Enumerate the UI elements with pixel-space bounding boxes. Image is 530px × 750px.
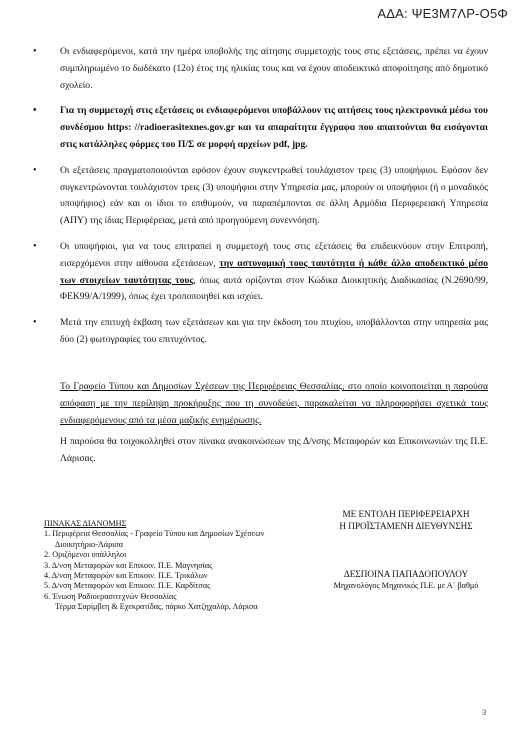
distribution-item: 2. Οριζόμενοι υπάλληλοι: [44, 550, 264, 560]
distribution-item: 6. Ένωση Ραδιοερασιτεχνών Θεσσαλίας: [44, 592, 264, 602]
distribution-title: ΠΙΝΑΚΑΣ ΔΙΑΝΟΜΗΣ: [44, 519, 264, 529]
requirements-list: Οι ενδιαφερόμενοι, κατά την ημέρα υποβολ…: [33, 44, 488, 358]
press-office-paragraph: Το Γραφείο Τύπου και Δημοσίων Σχέσεων τη…: [60, 379, 488, 429]
distribution-item: 4. Δ/νση Μεταφορών και Επικοιν. Π.Ε. Τρι…: [44, 571, 264, 581]
list-item: Οι ενδιαφερόμενοι, κατά την ημέρα υποβολ…: [33, 44, 488, 94]
signatory: ΔΕΣΠΟΙΝΑ ΠΑΠΑΔΟΠΟΥΛΟΥ Μηχανολόγος Μηχανι…: [316, 568, 496, 592]
distribution-item-address: Τέρμα Σαρίμβεη & Εχεκρατίδας, πάρκο Χατζ…: [44, 602, 264, 612]
signature-authority: ΜΕ ΕΝΤΟΛΗ ΠΕΡΙΦΕΡΕΙΑΡΧΗ Η ΠΡΟΪΣΤΑΜΕΝΗ ΔΙ…: [316, 508, 496, 532]
list-item: Μετά την επιτυχή έκβαση των εξετάσεων κα…: [33, 315, 488, 349]
list-item: Για τη συμμετοχή στις εξετάσεις οι ενδια…: [33, 103, 488, 153]
list-item: Οι εξετάσεις πραγματοποιούνται εφόσον έχ…: [33, 163, 488, 230]
page-number: 3: [482, 707, 486, 717]
distribution-item: 1. Περιφέρεια Θεσσαλίας - Γραφείο Τύπου …: [44, 529, 264, 539]
signature-line: Η ΠΡΟΪΣΤΑΜΕΝΗ ΔΙΕΥΘΥΝΣΗΣ: [316, 520, 496, 532]
ada-code: ΑΔΑ: ΨΕ3Μ7ΛΡ-Ο5Φ: [377, 6, 508, 21]
signatory-role: Μηχανολόγος Μηχανικός Π.Ε. με Α΄ βαθμό: [316, 580, 496, 592]
distribution-list: ΠΙΝΑΚΑΣ ΔΙΑΝΟΜΗΣ 1. Περιφέρεια Θεσσαλίας…: [44, 519, 264, 613]
signature-line: ΜΕ ΕΝΤΟΛΗ ΠΕΡΙΦΕΡΕΙΑΡΧΗ: [316, 508, 496, 520]
list-item: Οι υποψήφιοι, για να τους επιτραπεί η συ…: [33, 239, 488, 306]
distribution-item-address: Διοικητήριο-Λάρισα: [44, 540, 264, 550]
distribution-item: 5. Δ/νση Μεταφορών και Επικοιν. Π.Ε. Καρ…: [44, 581, 264, 591]
signatory-name: ΔΕΣΠΟΙΝΑ ΠΑΠΑΔΟΠΟΥΛΟΥ: [316, 568, 496, 580]
distribution-item: 3. Δ/νση Μεταφορών και Επικοιν. Π.Ε. Μαγ…: [44, 561, 264, 571]
posting-paragraph: Η παρούσα θα τοιχοκολληθεί στον πίνακα α…: [60, 434, 488, 468]
